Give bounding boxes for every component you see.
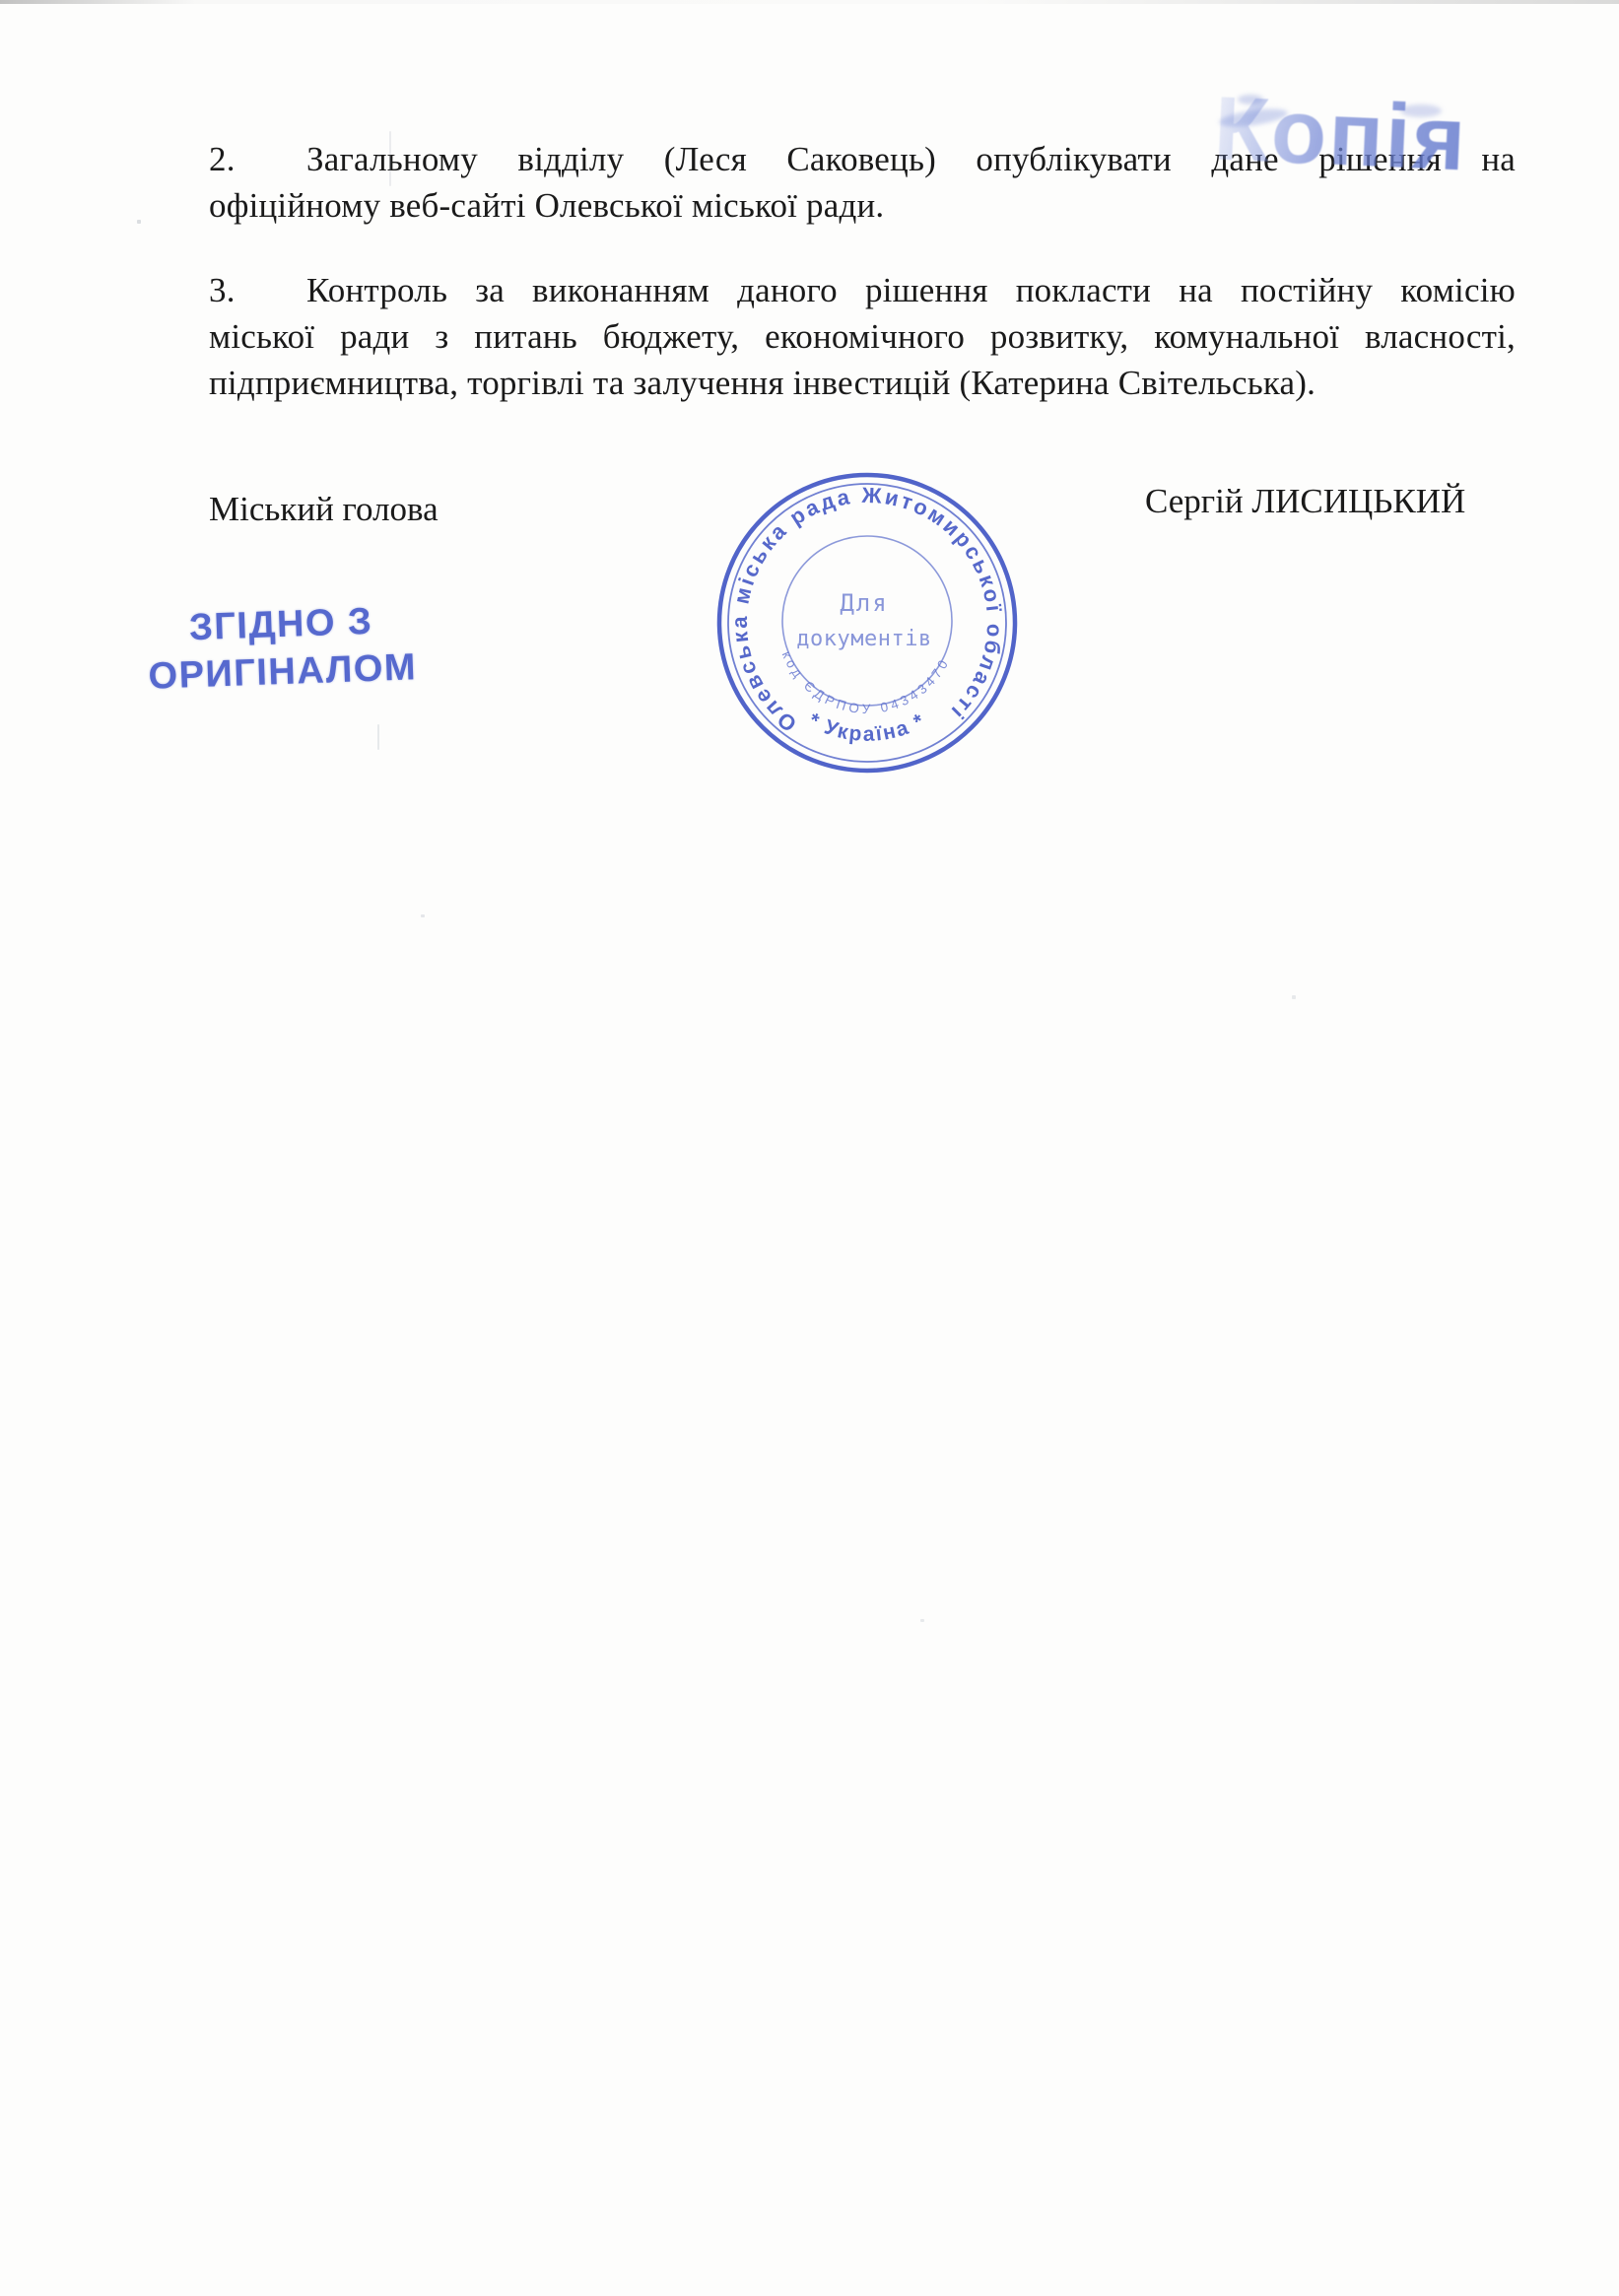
paragraph-3-line-2: міської ради з питань бюджету, економічн…	[209, 313, 1516, 360]
scan-speck	[421, 914, 425, 917]
scan-streak	[377, 724, 379, 750]
certified-true-copy-stamp: ЗГІДНО З ОРИГІНАЛОМ	[134, 596, 429, 701]
paragraph-3: 3.Контроль за виконанням даного рішення …	[209, 267, 1516, 406]
scan-streak	[389, 131, 391, 186]
scan-edge-artifact	[0, 0, 1619, 4]
scan-speck	[1292, 995, 1296, 999]
seal-center-line-2: документів	[796, 627, 931, 651]
paragraph-3-text-1: Контроль за виконанням даного рішення по…	[306, 271, 1516, 309]
official-round-seal: Олевська міська рада Житомирської област…	[708, 463, 1027, 782]
signature-title: Міський голова	[209, 490, 438, 529]
paragraph-2-line-2: офіційному веб-сайті Олевської міської р…	[209, 182, 1516, 229]
certified-stamp-line-2: ОРИГІНАЛОМ	[136, 643, 429, 701]
ink-smudge	[1238, 95, 1263, 104]
document-page: 2.Загальному відділу (Леся Саковець) опу…	[0, 0, 1619, 2296]
scan-speck	[137, 220, 141, 224]
paragraph-3-number: 3.	[209, 267, 306, 313]
scan-speck	[920, 1619, 924, 1622]
paragraph-3-line-1: 3.Контроль за виконанням даного рішення …	[209, 267, 1516, 313]
paragraph-3-line-3: підприємництва, торгівлі та залучення ін…	[209, 360, 1516, 406]
signature-name: Сергій ЛИСИЦЬКИЙ	[1145, 482, 1465, 521]
ink-smudge	[1400, 104, 1442, 117]
paragraph-2-number: 2.	[209, 136, 306, 182]
seal-center-line-1: Для	[840, 589, 888, 617]
